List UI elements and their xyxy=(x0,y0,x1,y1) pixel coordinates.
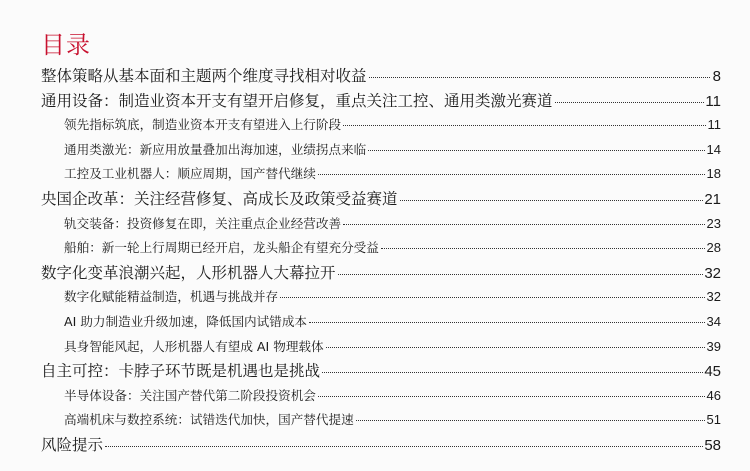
toc-entry-text: 高端机床与数控系统：试错迭代加快，国产替代提速 xyxy=(64,408,354,433)
toc-page-number: 23 xyxy=(707,212,721,237)
toc-subentry[interactable]: 船舶：新一轮上行周期已经开启，龙头船企有望充分受益 28 xyxy=(41,236,721,261)
dotted-leader xyxy=(322,372,703,373)
dotted-leader xyxy=(555,102,705,103)
toc-page-number: 32 xyxy=(704,262,721,286)
toc-entry-text: 整体策略从基本面和主题两个维度寻找相对收益 xyxy=(41,64,367,89)
toc-entry[interactable]: 自主可控：卡脖子环节既是机遇也是挑战 45 xyxy=(41,359,721,384)
dotted-leader xyxy=(326,347,705,348)
dotted-leader xyxy=(369,77,710,78)
toc-entry-text: 领先指标筑底，制造业资本开支有望进入上行阶段 xyxy=(64,113,341,138)
toc-subentry[interactable]: 数字化赋能精益制造，机遇与挑战并存 32 xyxy=(41,285,721,310)
toc-entry[interactable]: 数字化变革浪潮兴起，人形机器人大幕拉开 32 xyxy=(41,261,721,286)
toc-entry-text: 工控及工业机器人：顺应周期，国产替代继续 xyxy=(64,162,316,187)
toc-subentry[interactable]: 领先指标筑底，制造业资本开支有望进入上行阶段 11 xyxy=(41,113,721,138)
toc-page-number: 21 xyxy=(704,188,721,212)
toc-page-number: 11 xyxy=(705,90,721,114)
dotted-leader xyxy=(280,297,704,298)
toc-subentry[interactable]: 工控及工业机器人：顺应周期，国产替代继续 18 xyxy=(41,162,721,187)
dotted-leader xyxy=(338,274,704,275)
dotted-leader xyxy=(318,396,705,397)
toc-entry[interactable]: 整体策略从基本面和主题两个维度寻找相对收益 8 xyxy=(41,64,721,89)
toc-page-number: 14 xyxy=(707,138,721,163)
dotted-leader xyxy=(309,322,705,323)
toc-page-number: 51 xyxy=(707,408,721,433)
dotted-leader xyxy=(381,248,705,249)
toc-entry[interactable]: 通用设备：制造业资本开支有望开启修复，重点关注工控、通用类激光赛道 11 xyxy=(41,89,721,114)
dotted-leader xyxy=(400,200,704,201)
table-of-contents: 整体策略从基本面和主题两个维度寻找相对收益 8 通用设备：制造业资本开支有望开启… xyxy=(41,64,721,458)
toc-entry-text: 数字化变革浪潮兴起，人形机器人大幕拉开 xyxy=(41,261,336,286)
toc-entry[interactable]: 央国企改革：关注经营修复、高成长及政策受益赛道 21 xyxy=(41,187,721,212)
toc-entry-text: 轨交装备：投资修复在即，关注重点企业经营改善 xyxy=(64,212,341,237)
toc-entry-text: 央国企改革：关注经营修复、高成长及政策受益赛道 xyxy=(41,187,398,212)
toc-page-number: 58 xyxy=(704,434,721,458)
dotted-leader xyxy=(105,446,703,447)
dotted-leader xyxy=(318,174,705,175)
toc-entry-text: 自主可控：卡脖子环节既是机遇也是挑战 xyxy=(41,359,320,384)
toc-subentry[interactable]: 高端机床与数控系统：试错迭代加快，国产替代提速 51 xyxy=(41,408,721,433)
toc-entry-text: 数字化赋能精益制造，机遇与挑战并存 xyxy=(64,285,278,310)
toc-page-number: 34 xyxy=(707,310,721,335)
toc-title: 目录 xyxy=(41,30,91,60)
toc-page-number: 28 xyxy=(707,236,721,261)
toc-page-number: 32 xyxy=(707,285,721,310)
toc-entry-text: 船舶：新一轮上行周期已经开启，龙头船企有望充分受益 xyxy=(64,236,379,261)
toc-entry-text: 具身智能风起，人形机器人有望成 AI 物理载体 xyxy=(64,335,324,360)
toc-entry-text: 半导体设备：关注国产替代第二阶段投资机会 xyxy=(64,384,316,409)
toc-subentry[interactable]: 半导体设备：关注国产替代第二阶段投资机会 46 xyxy=(41,384,721,409)
dotted-leader xyxy=(343,125,705,126)
toc-subentry[interactable]: 通用类激光：新应用放量叠加出海加速，业绩拐点来临 14 xyxy=(41,138,721,163)
dotted-leader xyxy=(368,150,704,151)
toc-subentry[interactable]: AI 助力制造业升级加速，降低国内试错成本 34 xyxy=(41,310,721,335)
toc-entry-text: 风险提示 xyxy=(41,433,103,458)
toc-entry-text: 通用设备：制造业资本开支有望开启修复，重点关注工控、通用类激光赛道 xyxy=(41,89,553,114)
toc-entry-text: 通用类激光：新应用放量叠加出海加速，业绩拐点来临 xyxy=(64,138,366,163)
toc-page-number: 8 xyxy=(711,65,721,89)
toc-page-number: 46 xyxy=(707,384,721,409)
toc-subentry[interactable]: 轨交装备：投资修复在即，关注重点企业经营改善 23 xyxy=(41,212,721,237)
toc-page-number: 11 xyxy=(708,113,722,138)
dotted-leader xyxy=(356,420,705,421)
toc-entry[interactable]: 风险提示 58 xyxy=(41,433,721,458)
toc-page-number: 18 xyxy=(707,162,721,187)
toc-subentry[interactable]: 具身智能风起，人形机器人有望成 AI 物理载体 39 xyxy=(41,335,721,360)
toc-page-number: 39 xyxy=(707,335,721,360)
toc-page-number: 45 xyxy=(704,360,721,384)
dotted-leader xyxy=(343,224,704,225)
toc-entry-text: AI 助力制造业升级加速，降低国内试错成本 xyxy=(64,310,307,335)
